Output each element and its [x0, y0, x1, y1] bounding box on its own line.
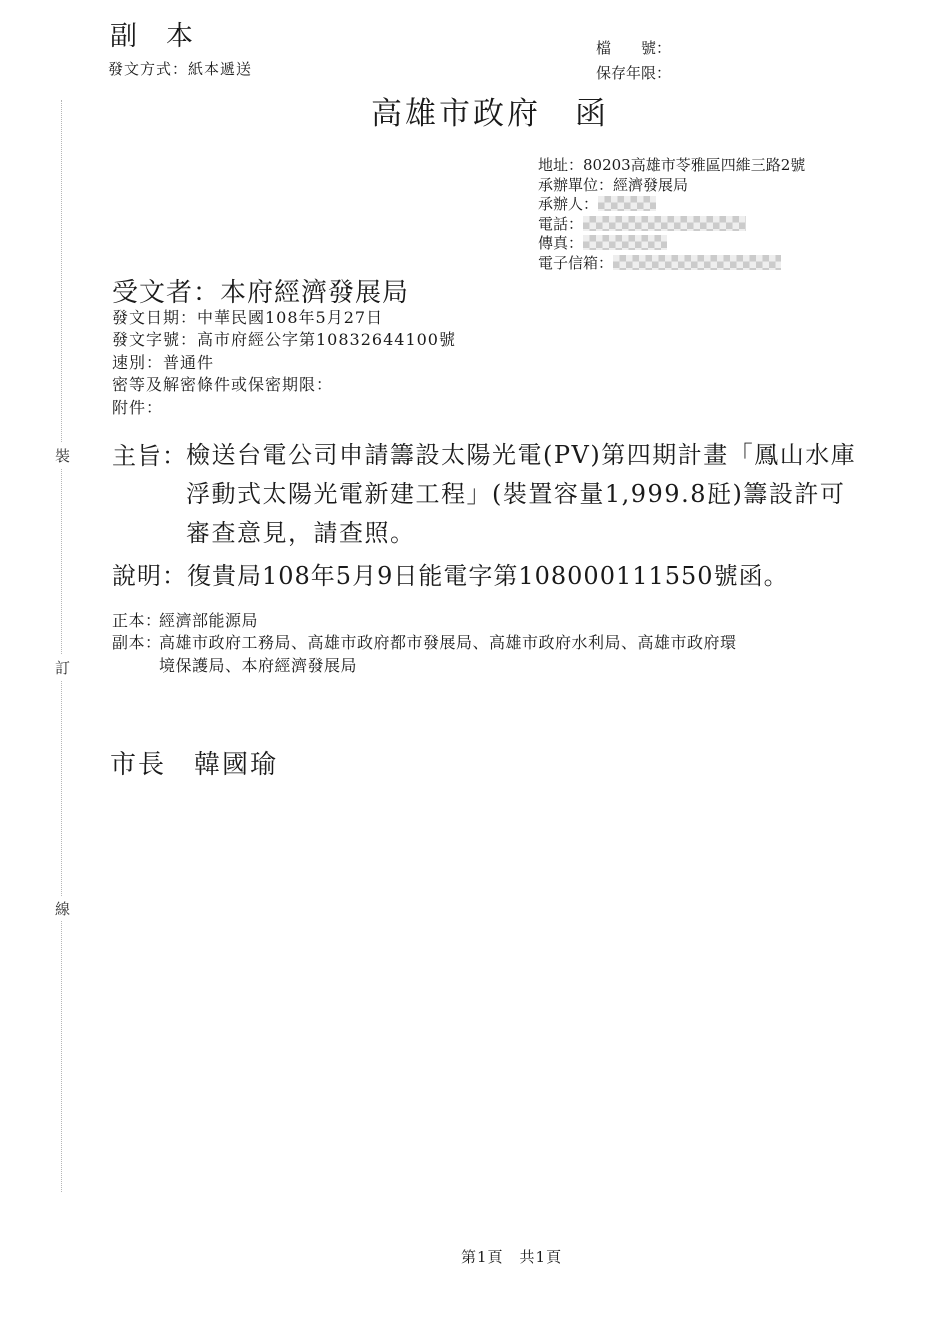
subject-line: 檢送台電公司申請籌設太陽光電(PV)第四期計畫「鳳山水庫	[186, 436, 856, 475]
document-title: 高雄市政府 函	[371, 88, 609, 133]
sender-address: 地址：80203高雄市苓雅區四維三路2號	[538, 156, 805, 176]
original-label: 正本：	[112, 610, 162, 632]
sender-contact-block: 地址：80203高雄市苓雅區四維三路2號 承辦單位：經濟發展局 承辦人： 電話：…	[538, 156, 805, 274]
sender-email-label: 電子信箱：	[538, 254, 613, 272]
document-page: 裝 訂 線 副 本 發文方式：紙本遞送 檔 號： 保存年限： 高雄市政府 函 地…	[0, 0, 944, 1330]
binding-dotted-line	[61, 100, 62, 1192]
binding-mark-xian: 線	[55, 896, 70, 921]
subject-block: 主旨： 檢送台電公司申請籌設太陽光電(PV)第四期計畫「鳳山水庫 浮動式太陽光電…	[112, 436, 856, 553]
copy-recipients-line: 高雄市政府工務局、高雄市政府都市發展局、高雄市政府水利局、高雄市政府環	[159, 632, 737, 654]
sender-person-label: 承辦人：	[538, 195, 598, 213]
sender-unit: 承辦單位：經濟發展局	[538, 176, 805, 196]
attachment-label: 附件：	[112, 397, 456, 419]
issue-date: 發文日期：中華民國108年5月27日	[112, 307, 456, 329]
sender-phone-row: 電話：	[538, 215, 805, 235]
delivery-method: 發文方式：紙本遞送	[108, 58, 252, 79]
security-class: 密等及解密條件或保密期限：	[112, 374, 456, 396]
sender-fax-label: 傳真：	[538, 234, 583, 252]
page-number: 第1頁 共1頁	[461, 1246, 562, 1267]
speed-class: 速別：普通件	[112, 352, 456, 374]
sender-phone-label: 電話：	[538, 215, 583, 233]
sender-person-row: 承辦人：	[538, 195, 805, 215]
subject-label: 主旨：	[112, 436, 187, 471]
binding-mark-zhuang: 裝	[55, 443, 70, 468]
distribution-block: 正本： 經濟部能源局 副本： 高雄市政府工務局、高雄市政府都市發展局、高雄市政府…	[112, 610, 737, 677]
copy-recipients: 高雄市政府工務局、高雄市政府都市發展局、高雄市政府水利局、高雄市政府環 境保護局…	[159, 632, 737, 677]
copy-recipients-line: 境保護局、本府經濟發展局	[159, 655, 737, 677]
original-recipient-row: 正本： 經濟部能源局	[112, 610, 737, 632]
redacted-phone-value	[583, 216, 746, 231]
copy-label: 副本：	[112, 632, 162, 654]
recipient-line: 受文者：本府經濟發展局	[112, 272, 409, 309]
document-meta-block: 發文日期：中華民國108年5月27日 發文字號：高市府經公字第108326441…	[112, 307, 456, 419]
subject-line: 浮動式太陽光電新建工程」(裝置容量1,999.8瓩)籌設許可	[186, 475, 856, 514]
sender-fax-row: 傳真：	[538, 234, 805, 254]
issue-number: 發文字號：高市府經公字第10832644100號	[112, 329, 456, 351]
copy-type-label: 副 本	[110, 14, 194, 53]
mayor-signature: 市長 韓國瑜	[110, 744, 278, 781]
redacted-person-value	[598, 196, 656, 211]
file-number-label: 檔 號：	[596, 37, 671, 58]
copy-recipient-row: 副本： 高雄市政府工務局、高雄市政府都市發展局、高雄市政府水利局、高雄市政府環 …	[112, 632, 737, 677]
original-recipients: 經濟部能源局	[159, 610, 737, 632]
binding-mark-ding: 訂	[55, 655, 70, 680]
retention-period-label: 保存年限：	[596, 62, 671, 83]
redacted-email-value	[613, 255, 781, 270]
redacted-fax-value	[583, 235, 667, 250]
subject-text: 檢送台電公司申請籌設太陽光電(PV)第四期計畫「鳳山水庫 浮動式太陽光電新建工程…	[186, 436, 856, 553]
description-line: 說明：復貴局108年5月9日能電字第108000111550號函。	[112, 556, 789, 591]
sender-email-row: 電子信箱：	[538, 254, 805, 274]
subject-line: 審查意見，請查照。	[186, 514, 856, 553]
